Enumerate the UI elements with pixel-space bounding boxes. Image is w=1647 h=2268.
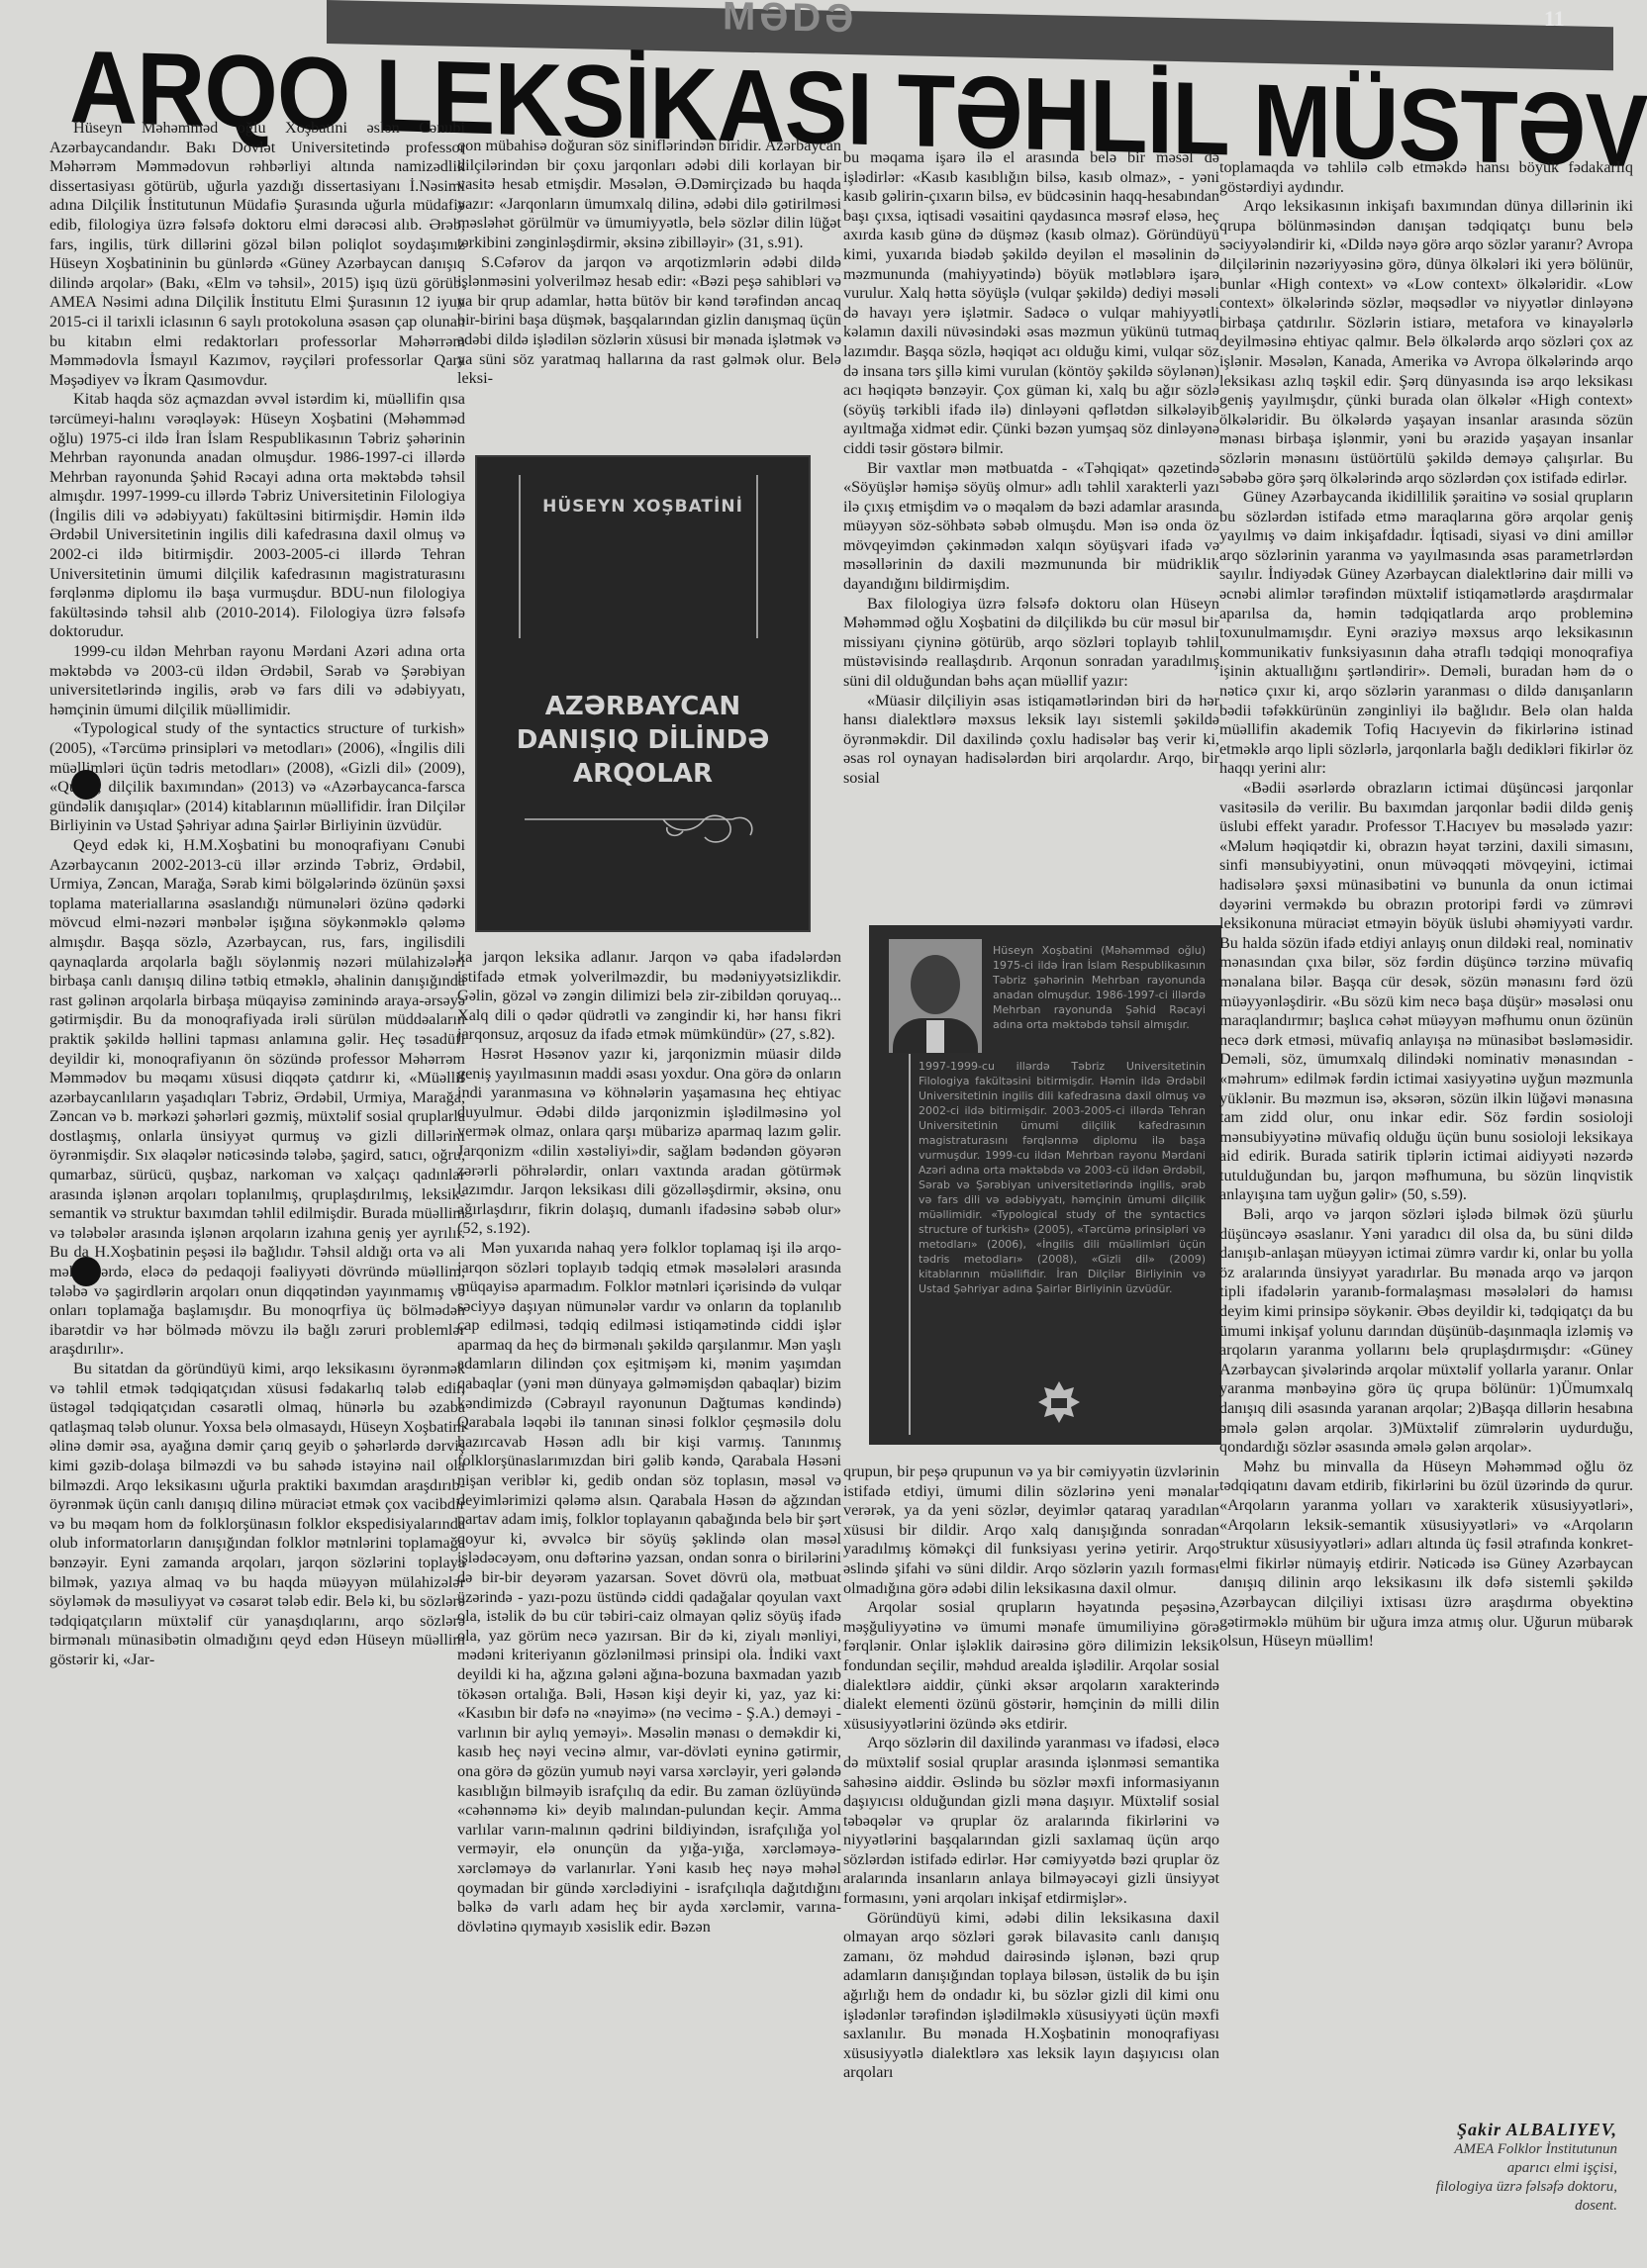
photo-shirt-shape (926, 1020, 944, 1053)
ornament-icon (525, 811, 762, 851)
paragraph: toplamaqda və təhlilə cəlb etməkdə hansı… (1219, 158, 1633, 197)
bio-divider (909, 1054, 911, 1435)
bio-text-top: Hüseyn Xoşbatini (Məhəmməd oğlu) 1975-ci… (993, 943, 1206, 1032)
paragraph: Bax filologiya üzrə fəlsəfə doktoru olan… (843, 595, 1219, 692)
page-number: 11 (1544, 6, 1565, 32)
paragraph: Mən yuxarıda nahaq yerə folklor toplamaq… (457, 1239, 841, 1937)
bio-text-body: 1997-1999-cu illərdə Təbriz Universiteti… (919, 1059, 1206, 1296)
paragraph: Bəli, arqo və jarqon sözləri işlədə bilm… (1219, 1205, 1633, 1458)
paragraph: Arqo sözlərin dil daxilində yaranması və… (843, 1734, 1219, 1908)
paragraph: S.Cəfərov da jarqon və arqotizmlərin ədə… (457, 253, 841, 389)
print-blot (71, 770, 101, 800)
article-column-4: toplamaqda və təhlilə cəlb etməkdə hansı… (1219, 158, 1633, 2009)
book-author: HÜSEYN XOŞBATİNİ (477, 497, 809, 517)
paragraph: Arqolar sosial qrupların həyatında peşəs… (843, 1598, 1219, 1734)
article-column-2-bottom: ka jarqon leksika adlanır. Jarqon və qab… (457, 948, 841, 2264)
paragraph: Kitab haqda söz açmazdan əvvəl istərdim … (49, 390, 465, 642)
paragraph: Bu sitatdan da göründüyü kimi, arqo leks… (49, 1360, 465, 1670)
paragraph: Bir vaxtlar mən mətbuatda - «Təhqiqat» q… (843, 459, 1219, 595)
article-column-1: Hüseyn Məhəmməd oğlu Xoşbatini əslən Cən… (49, 119, 465, 2256)
print-blot (71, 1257, 101, 1286)
institute-emblem-icon (1037, 1380, 1081, 1424)
paragraph: Məhz bu minvalla da Hüseyn Məhəmməd oğlu… (1219, 1458, 1633, 1652)
author-bio-panel: Hüseyn Xoşbatini (Məhəmməd oğlu) 1975-ci… (869, 925, 1221, 1445)
book-title-line: AZƏRBAYCAN (477, 690, 809, 723)
signature-name: Şakir ALBALIYEV, (1202, 2120, 1617, 2140)
author-photo (889, 939, 982, 1053)
signature-role: aparıcı elmi işçisi, (1202, 2159, 1617, 2178)
article-column-2-top: qon mübahisə doğuran söz siniflərindən b… (457, 137, 841, 453)
paragraph: 1999-cu ildən Mehrban rayonu Mərdani Azə… (49, 642, 465, 719)
article-column-3-bottom: qrupun, bir peşə qrupunun və ya bir cəmi… (843, 1463, 1219, 2254)
book-title-line: ARQOLAR (477, 757, 809, 791)
book-cover-image: HÜSEYN XOŞBATİNİ AZƏRBAYCAN DANIŞIQ DİLİ… (477, 457, 809, 930)
paragraph: qon mübahisə doğuran söz siniflərindən b… (457, 137, 841, 253)
signature-role: dosent. (1202, 2197, 1617, 2216)
author-signature: Şakir ALBALIYEV, AMEA Folklor İnstitutun… (1202, 2120, 1617, 2216)
paragraph: «Müasir dilçiliyin əsas istiqamətlərində… (843, 692, 1219, 789)
paragraph: bu məqama işarə ilə el arasında belə bir… (843, 148, 1219, 459)
paragraph: «Bədii əsərlərdə obrazların ictimai düşü… (1219, 779, 1633, 1205)
paragraph: Arqo leksikasının inkişafı baxımından dü… (1219, 197, 1633, 488)
paragraph: Hüseyn Məhəmməd oğlu Xoşbatini əslən Cən… (49, 119, 465, 390)
photo-head-shape (911, 955, 960, 1014)
paragraph: ka jarqon leksika adlanır. Jarqon və qab… (457, 948, 841, 1045)
signature-role: AMEA Folklor İnstitutunun (1202, 2140, 1617, 2159)
paragraph: Qeyd edək ki, H.M.Xoşbatini bu monoqrafi… (49, 836, 465, 1360)
paragraph: qrupun, bir peşə qrupunun və ya bir cəmi… (843, 1463, 1219, 1598)
paragraph: Həsrət Həsənov yazır ki, jarqonizmin müa… (457, 1045, 841, 1239)
article-column-3-top: bu məqama işarə ilə el arasında belə bir… (843, 148, 1219, 910)
book-title: AZƏRBAYCAN DANIŞIQ DİLİNDƏ ARQOLAR (477, 690, 809, 791)
signature-role: filologiya üzrə fəlsəfə doktoru, (1202, 2178, 1617, 2197)
paragraph: Göründüyü kimi, ədəbi dilin leksikasına … (843, 1909, 1219, 2083)
book-title-line: DANIŞIQ DİLİNDƏ (477, 723, 809, 757)
paragraph: «Typological study of the syntactics str… (49, 719, 465, 836)
section-banner-fragment: MƏDƏ (723, 0, 857, 42)
paragraph: Güney Azərbaycanda ikidillilik şəraitinə… (1219, 488, 1633, 779)
